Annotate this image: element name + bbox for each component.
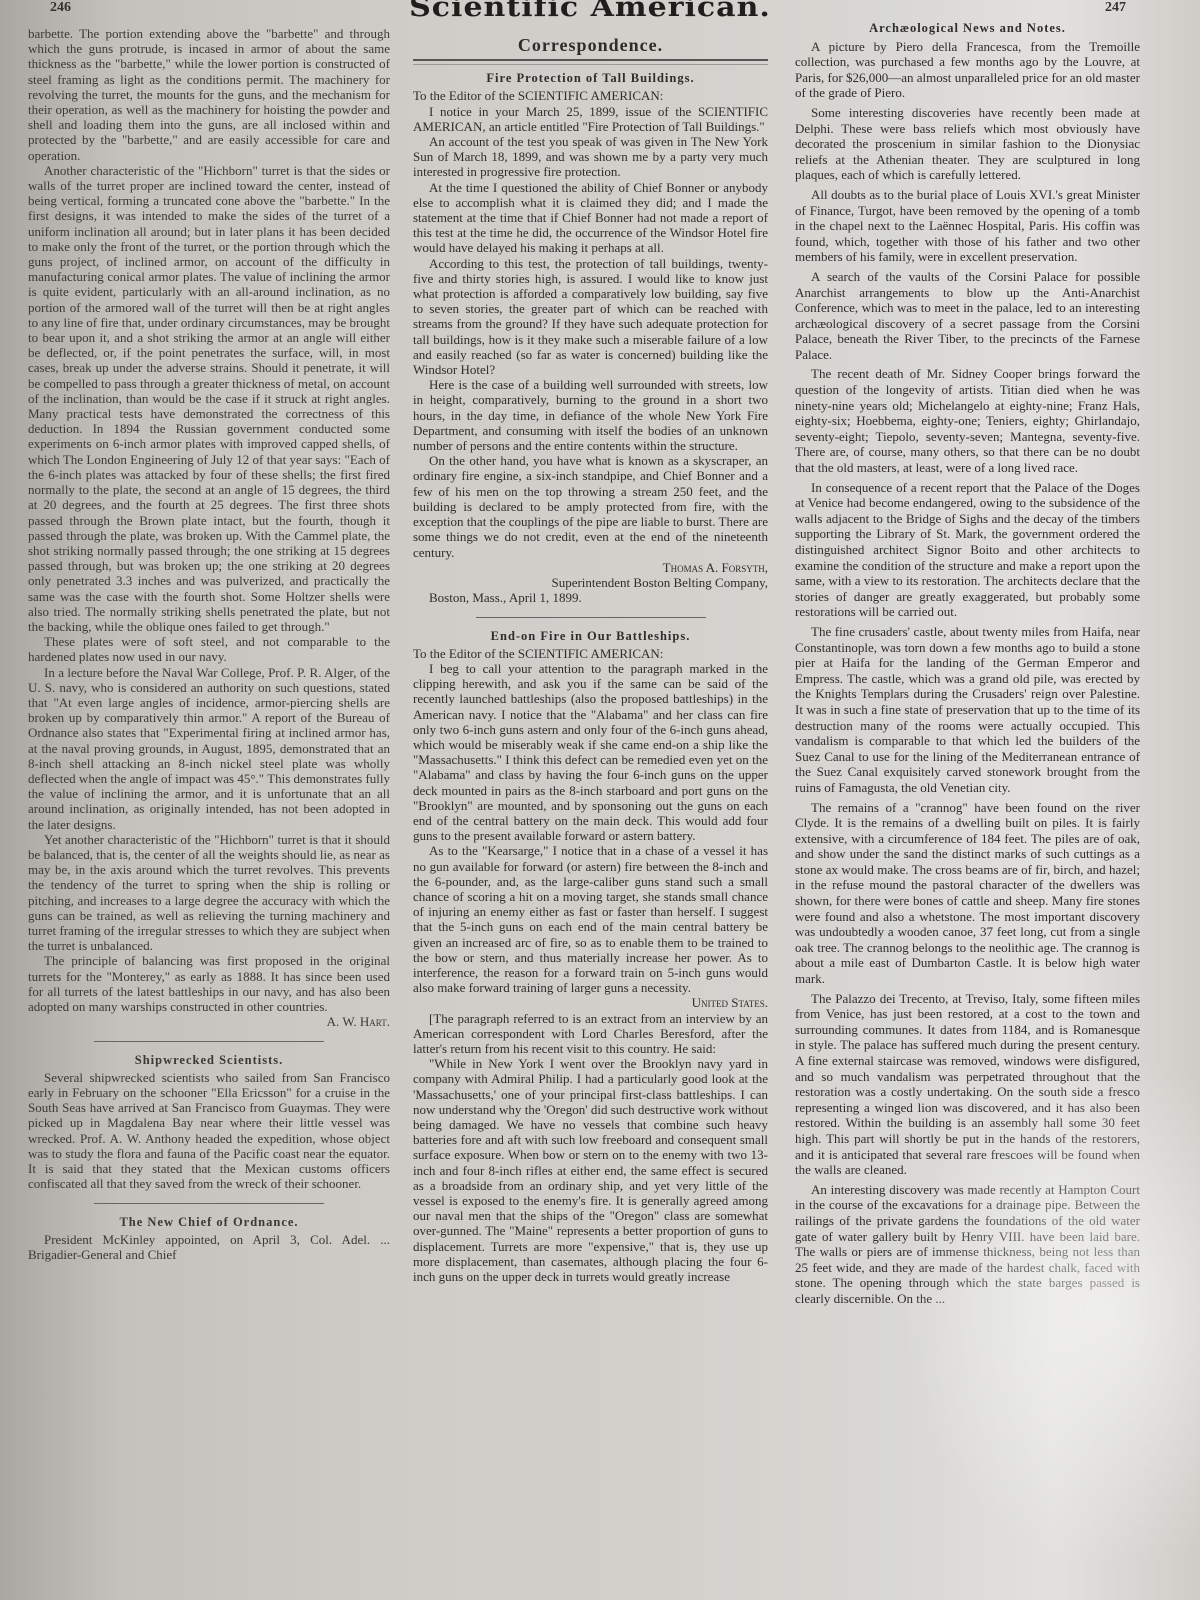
rule-divider xyxy=(413,59,768,65)
paragraph: An account of the test you speak of was … xyxy=(413,134,768,180)
paragraph: These plates were of soft steel, and not… xyxy=(28,634,390,664)
paragraph: The principle of balancing was first pro… xyxy=(28,953,390,1014)
ornament-divider xyxy=(28,1195,390,1210)
masthead-title: Scientific American. xyxy=(400,0,780,23)
paragraph: A search of the vaults of the Corsini Pa… xyxy=(795,269,1140,363)
signature: A. W. Hart. xyxy=(28,1014,390,1029)
middle-column: Correspondence. Fire Protection of Tall … xyxy=(413,36,768,1284)
salutation: To the Editor of the SCIENTIFIC AMERICAN… xyxy=(413,88,768,103)
paragraph: In consequence of a recent report that t… xyxy=(795,480,1140,620)
paragraph: At the time I questioned the ability of … xyxy=(413,180,768,256)
paragraph: Another characteristic of the "Hichborn"… xyxy=(28,163,390,634)
article-title: Archæological News and Notes. xyxy=(795,21,1140,37)
editor-note: [The paragraph referred to is an extract… xyxy=(413,1011,768,1057)
page-number-right: 247 xyxy=(1105,0,1126,16)
paragraph: The remains of a "crannog" have been fou… xyxy=(795,800,1140,987)
paragraph: Yet another characteristic of the "Hichb… xyxy=(28,832,390,954)
paragraph: barbette. The portion extending above th… xyxy=(28,26,390,163)
paragraph: An interesting discovery was made recent… xyxy=(795,1182,1140,1307)
article-title: Fire Protection of Tall Buildings. xyxy=(413,71,768,86)
paragraph: All doubts as to the burial place of Lou… xyxy=(795,187,1140,265)
paragraph: According to this test, the protection o… xyxy=(413,256,768,378)
ornament-divider xyxy=(28,1033,390,1048)
paragraph: I beg to call your attention to the para… xyxy=(413,661,768,843)
paragraph: The recent death of Mr. Sidney Cooper br… xyxy=(795,366,1140,475)
place-date: Boston, Mass., April 1, 1899. xyxy=(413,590,768,605)
paragraph: The fine crusaders' castle, about twenty… xyxy=(795,624,1140,796)
paragraph: The Palazzo dei Trecento, at Treviso, It… xyxy=(795,991,1140,1178)
signature: United States. xyxy=(413,995,768,1010)
section-heading: Correspondence. xyxy=(413,38,768,53)
right-column: Archæological News and Notes. A picture … xyxy=(795,18,1140,1307)
paragraph: In a lecture before the Naval War Colleg… xyxy=(28,665,390,832)
paragraph: Several shipwrecked scientists who saile… xyxy=(28,1070,390,1192)
paragraph: President McKinley appointed, on April 3… xyxy=(28,1232,390,1262)
signature-title: Superintendent Boston Belting Company, xyxy=(413,575,768,590)
article-title: Shipwrecked Scientists. xyxy=(28,1053,390,1068)
page-number-left: 246 xyxy=(50,0,71,16)
salutation: To the Editor of the SCIENTIFIC AMERICAN… xyxy=(413,646,768,661)
left-column: barbette. The portion extending above th… xyxy=(28,26,390,1262)
paragraph: Here is the case of a building well surr… xyxy=(413,377,768,453)
signature: Thomas A. Forsyth, xyxy=(413,560,768,575)
paragraph: On the other hand, you have what is know… xyxy=(413,453,768,559)
article-title: End-on Fire in Our Battleships. xyxy=(413,629,768,644)
paragraph: I notice in your March 25, 1899, issue o… xyxy=(413,104,768,134)
paragraph: Some interesting discoveries have recent… xyxy=(795,105,1140,183)
article-title: The New Chief of Ordnance. xyxy=(28,1215,390,1230)
paragraph: A picture by Piero della Francesca, from… xyxy=(795,39,1140,101)
ornament-divider xyxy=(413,609,768,624)
quote-paragraph: "While in New York I went over the Brook… xyxy=(413,1056,768,1284)
newspaper-page: 246 Scientific American. 247 barbette. T… xyxy=(0,0,1200,1600)
paragraph: As to the "Kearsarge," I notice that in … xyxy=(413,843,768,995)
